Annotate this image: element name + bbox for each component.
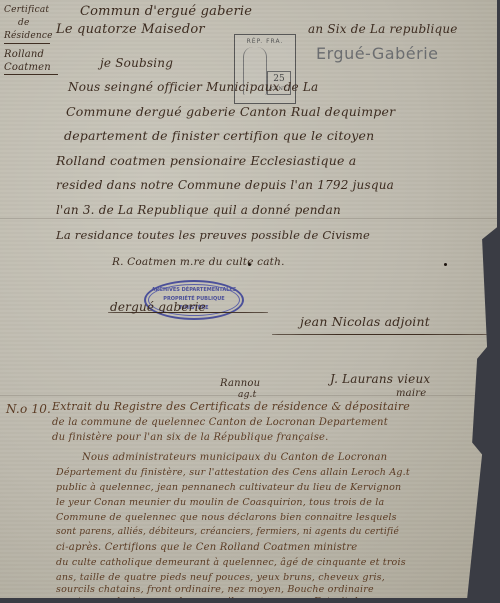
extract-line: le yeur Conan meunier du moulin de Coasq… xyxy=(56,497,384,508)
ink-blot xyxy=(248,263,251,266)
signature-maire: J. Laurans vieux xyxy=(330,372,430,386)
extract-line: sont parens, alliés, débiteurs, créancie… xyxy=(56,527,399,537)
margin-note-line: de xyxy=(4,17,60,30)
stamp-unit: CENT. xyxy=(268,86,290,92)
signature-underline xyxy=(108,312,268,313)
margin-note-line: Résidence xyxy=(4,30,50,44)
seal-line: PROPRIÉTÉ PUBLIQUE xyxy=(146,295,242,304)
body-line: Rolland coatmen pensionaire Ecclesiastiq… xyxy=(56,153,356,168)
stamp-value-box: 25 CENT. xyxy=(267,71,291,95)
extract-line: Commune de quelennec que nous déclarons … xyxy=(56,512,397,523)
body-line: l'an 3. de La Republique quil a donné pe… xyxy=(56,203,341,217)
entry-number: N.o 10. xyxy=(6,402,51,416)
header-commune: Commun d'ergué gaberie xyxy=(80,4,252,19)
extract-line: public à quelennec, jean pennanech culti… xyxy=(56,482,401,493)
archives-seal: ARCHIVES DÉPARTEMENTALES PROPRIÉTÉ PUBLI… xyxy=(144,280,244,320)
margin-note-name: Rolland xyxy=(4,48,60,61)
margin-note-line: Certificat xyxy=(4,4,60,17)
signature-rannou: Rannou xyxy=(220,378,260,389)
signature-rannou-title: ag.t xyxy=(238,390,256,400)
extract-line: sourcils chatains, front ordinaire, nez … xyxy=(56,584,374,595)
margin-note-name: Coatmen xyxy=(4,61,58,75)
pencil-annotation: Ergué-Gabérie xyxy=(316,44,438,63)
body-line: resided dans notre Commune depuis l'an 1… xyxy=(56,178,394,192)
stamp-header: RÉP. FRA. xyxy=(235,38,295,45)
extract-line: du culte catholique demeurant à quelenne… xyxy=(56,557,406,568)
header-year: an Six de La republique xyxy=(308,22,458,36)
header-date: Le quatorze Maisedor xyxy=(56,22,205,37)
extract-line: Département du finistère, sur l'attestat… xyxy=(56,467,410,478)
extract-line: menton rond, visage oval, comme il const… xyxy=(56,596,364,603)
body-line: je Soubsing xyxy=(100,56,173,70)
extract-line: Extrait du Registre des Certificats de r… xyxy=(52,400,410,413)
body-line-signature-note: R. Coatmen m.re du culte cath. xyxy=(112,256,285,268)
liberty-figure-icon xyxy=(243,47,267,95)
seal-line: FINISTÈRE xyxy=(146,304,242,313)
paper-fold-line xyxy=(0,218,497,219)
signature-adjoint: jean Nicolas adjoint xyxy=(300,314,430,329)
extract-line: ans, taille de quatre pieds neuf pouces,… xyxy=(56,572,385,583)
signature-flourish xyxy=(272,334,488,335)
body-line: departement de finister certifion que le… xyxy=(64,128,374,143)
seal-line: ARCHIVES DÉPARTEMENTALES xyxy=(146,286,242,295)
signature-maire-title: maire xyxy=(396,388,426,399)
stamp-value: 25 xyxy=(273,74,284,84)
body-line: Nous seingné officier Municipaux de La xyxy=(68,80,318,94)
margin-note: Certificat de Résidence Rolland Coatmen xyxy=(4,4,60,75)
ink-blot xyxy=(444,263,447,266)
extract-line: Nous administrateurs municipaux du Canto… xyxy=(82,452,387,463)
body-line: Commune dergué gaberie Canton Rual dequi… xyxy=(66,104,395,119)
manuscript-page: Certificat de Résidence Rolland Coatmen … xyxy=(0,0,497,598)
extract-line: de la commune de quelennec Canton de Loc… xyxy=(52,417,388,428)
extract-line: du finistère pour l'an six de la Républi… xyxy=(52,432,329,443)
paper-fold-line xyxy=(0,395,497,396)
signature-commune: dergué gaberie xyxy=(110,300,206,314)
body-line: La residance toutes les preuves possible… xyxy=(56,228,370,242)
extract-line: ci-après. Certifions que le Cen Rolland … xyxy=(56,542,357,553)
tax-stamp: RÉP. FRA. 25 CENT. xyxy=(234,34,296,104)
